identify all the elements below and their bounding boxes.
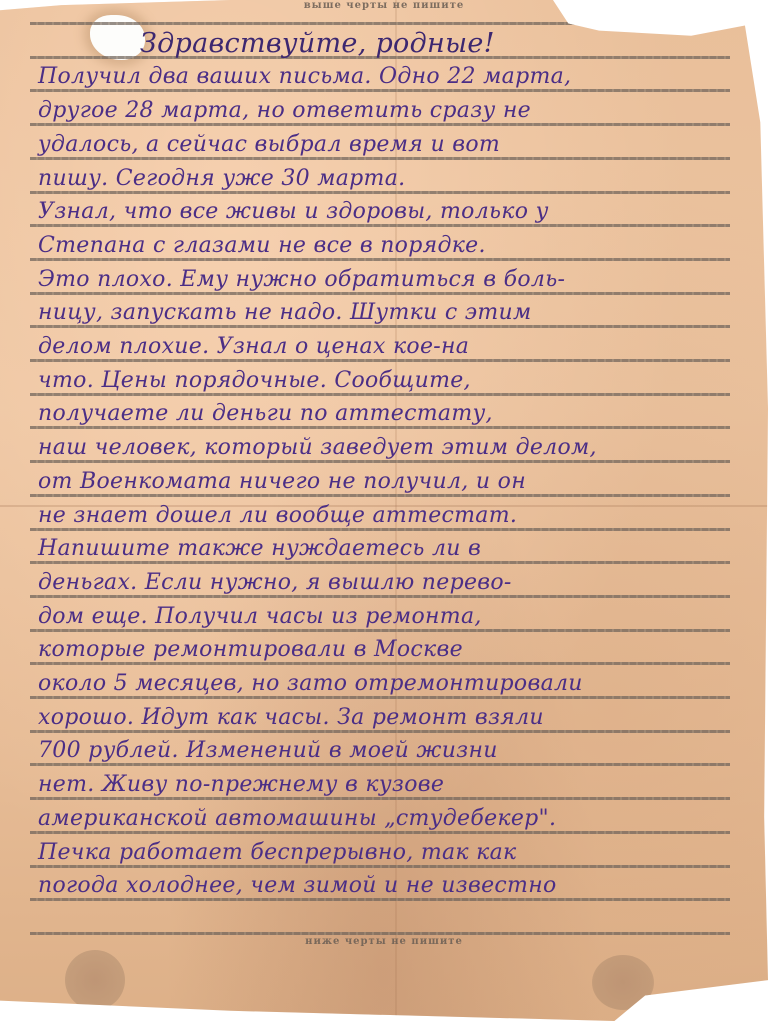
letter-line: делом плохие. Узнал о ценах кое-на bbox=[38, 332, 758, 362]
letter-line: Печка работает беспрерывно, так как bbox=[38, 838, 758, 868]
letter-line: американской автомашины „студебекер". bbox=[38, 804, 758, 834]
letter-line: деньгах. Если нужно, я вышлю перево- bbox=[38, 568, 758, 598]
letter-line: не знает дошел ли вообще аттестат. bbox=[38, 501, 758, 531]
letter-line: Степана с глазами не все в порядке. bbox=[38, 231, 758, 261]
letter-line: около 5 месяцев, но зато отремонтировали bbox=[38, 669, 758, 699]
letter-line: удалось, а сейчас выбрал время и вот bbox=[38, 130, 758, 160]
printed-footer: ниже черты не пишите bbox=[0, 936, 768, 947]
letter-line: Получил два ваших письма. Одно 22 марта, bbox=[38, 62, 758, 92]
letter-line: дом еще. Получил часы из ремонта, bbox=[38, 602, 758, 632]
letter-line: наш человек, который заведует этим делом… bbox=[38, 433, 758, 463]
rule-line bbox=[30, 22, 730, 25]
letter-line: Напишите также нуждаетесь ли в bbox=[38, 534, 758, 564]
glue-stain bbox=[65, 950, 125, 1010]
printed-header: выше черты не пишите bbox=[0, 0, 768, 11]
glue-stain bbox=[592, 955, 654, 1010]
rule-line bbox=[30, 932, 730, 935]
letter-line: Узнал, что все живы и здоровы, только у bbox=[38, 197, 758, 227]
letter-line: другое 28 марта, но ответить сразу не bbox=[38, 96, 758, 126]
letter-line: от Военкомата ничего не получил, и он bbox=[38, 467, 758, 497]
letter-greeting: Здравствуйте, родные! bbox=[140, 29, 768, 59]
letter-sheet: выше черты не пишите ниже черты не пишит… bbox=[0, 0, 768, 1021]
letter-line: нет. Живу по-прежнему в кузове bbox=[38, 770, 758, 800]
letter-line: получаете ли деньги по аттестату, bbox=[38, 399, 758, 429]
letter-line: Это плохо. Ему нужно обратиться в боль- bbox=[38, 265, 758, 295]
letter-line: хорошо. Идут как часы. За ремонт взяли bbox=[38, 703, 758, 733]
letter-line: которые ремонтировали в Москве bbox=[38, 635, 758, 665]
letter-line: ницу, запускать не надо. Шутки с этим bbox=[38, 298, 758, 328]
letter-line: 700 рублей. Изменений в моей жизни bbox=[38, 736, 758, 766]
letter-line: что. Цены порядочные. Сообщите, bbox=[38, 366, 758, 396]
letter-line: погода холоднее, чем зимой и не известно bbox=[38, 871, 758, 901]
letter-line: пишу. Сегодня уже 30 марта. bbox=[38, 164, 758, 194]
